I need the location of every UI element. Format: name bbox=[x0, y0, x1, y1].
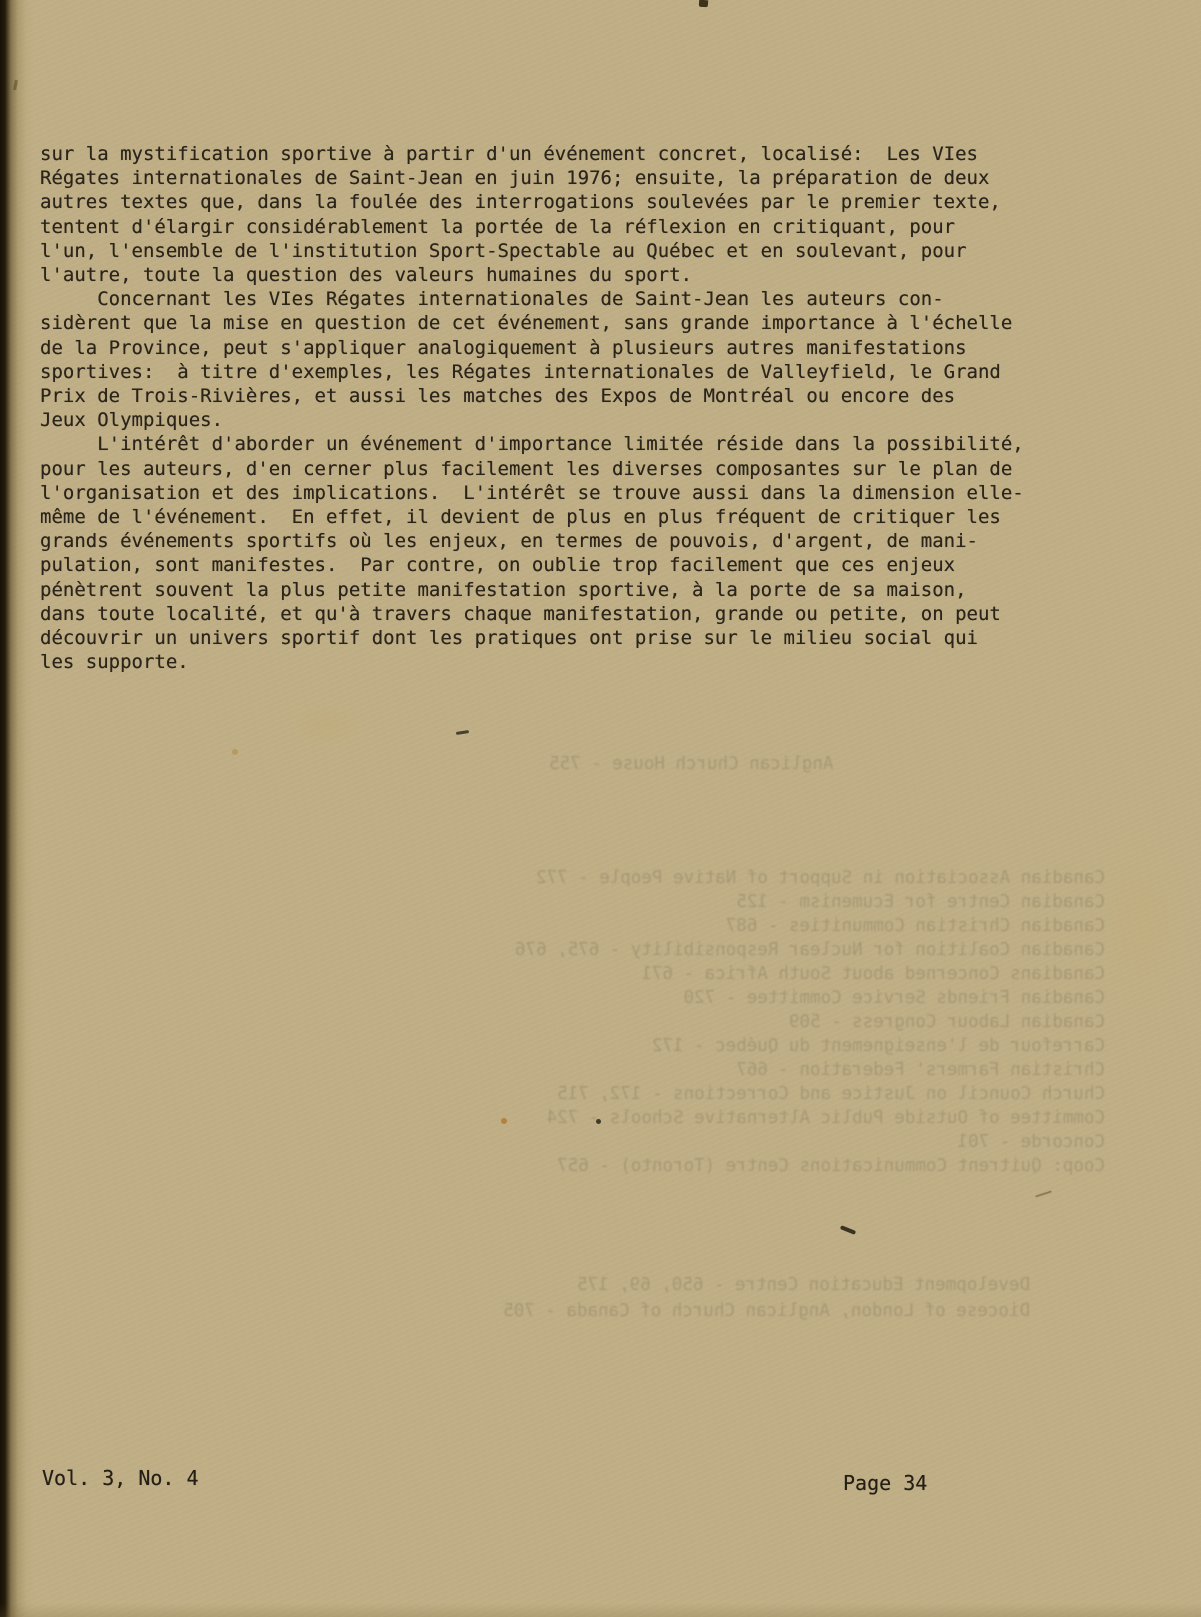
bleedthrough-line: Canadian Centre for Ecumenism - 125 bbox=[410, 890, 1105, 914]
paragraph-2: Concernant les VIes Régates internationa… bbox=[40, 287, 1100, 432]
footer-page-number: Page 34 bbox=[843, 1471, 927, 1495]
paper-speck bbox=[456, 730, 469, 735]
bleedthrough-line: Coop: Quitrent Communications Centre (To… bbox=[410, 1154, 1105, 1178]
typewritten-body-text: sur la mystification sportive à partir d… bbox=[40, 142, 1100, 674]
bleedthrough-line: Anglican Church House - 755 bbox=[549, 753, 833, 775]
paper-speck bbox=[840, 1225, 856, 1235]
scan-bottom-shadow bbox=[0, 1603, 1201, 1617]
bleedthrough-lower-list: Development Education Centre - 650, 69, … bbox=[430, 1272, 1030, 1324]
bleedthrough-line: Canadian Association in Support of Nativ… bbox=[410, 866, 1105, 890]
footer-volume-label: Vol. 3, No. 4 bbox=[42, 1466, 199, 1490]
scan-binding-shadow bbox=[0, 0, 34, 1617]
bleedthrough-line: Carrefour de l'enseignement du Québec - … bbox=[410, 1034, 1105, 1058]
bleedthrough-line: Development Education Centre - 650, 69, … bbox=[430, 1272, 1030, 1298]
bleedthrough-line: Concorde - 701 bbox=[410, 1130, 1105, 1154]
bleedthrough-line: Canadians Concerned about South Africa -… bbox=[410, 962, 1105, 986]
bleedthrough-line: Committee of Outside Public Alternative … bbox=[410, 1106, 1105, 1130]
paper-speck bbox=[1035, 1190, 1052, 1197]
bleedthrough-line: Christian Farmers' Federation - 667 bbox=[410, 1058, 1105, 1082]
bleedthrough-line: Canadian Friends Service Committee - 720 bbox=[410, 986, 1105, 1010]
scanned-document-page: Anglican Church House - 755 Canadian Ass… bbox=[0, 0, 1201, 1617]
paper-speck bbox=[232, 749, 238, 755]
paper-speck bbox=[596, 1119, 601, 1124]
paper-stain bbox=[285, 700, 365, 750]
paper-stain bbox=[1090, 820, 1190, 1020]
bleedthrough-line: Canadian Coalition for Nuclear Responsib… bbox=[410, 938, 1105, 962]
paper-speck bbox=[501, 1118, 507, 1124]
bleedthrough-line: Canadian Labour Congress - 509 bbox=[410, 1010, 1105, 1034]
bleedthrough-index-list: Canadian Association in Support of Nativ… bbox=[410, 866, 1105, 1178]
scan-artifact-mark bbox=[699, 0, 708, 7]
paragraph-1: sur la mystification sportive à partir d… bbox=[40, 142, 1100, 287]
bleedthrough-line: Diocese of London, Anglican Church of Ca… bbox=[430, 1298, 1030, 1324]
bleedthrough-line: Church Council on Justice and Correction… bbox=[410, 1082, 1105, 1106]
bleedthrough-line: Canadian Christian Communities - 687 bbox=[410, 914, 1105, 938]
paragraph-3: L'intérêt d'aborder un événement d'impor… bbox=[40, 432, 1100, 674]
